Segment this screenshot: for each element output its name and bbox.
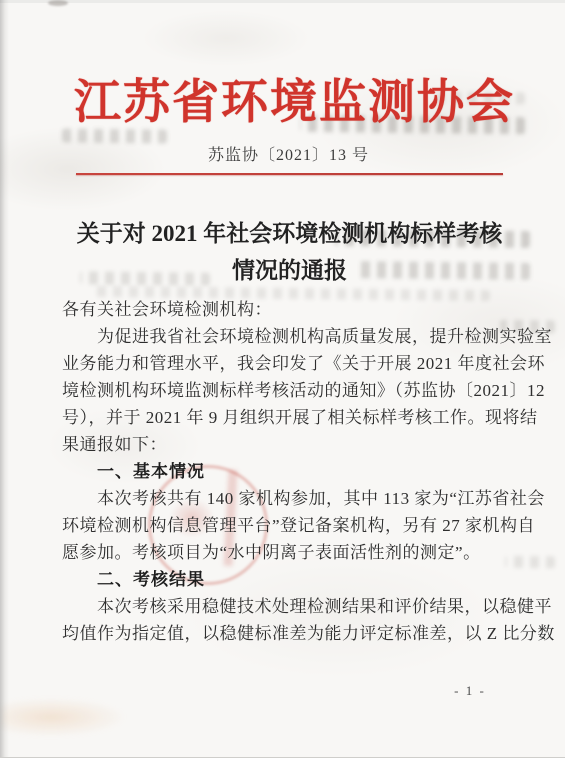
document-title: 关于对 2021 年社会环境检测机构标样考核情况的通报 bbox=[0, 215, 565, 289]
document-title-line2: 情况的通报 bbox=[232, 258, 347, 283]
page-number: - 1 - bbox=[430, 683, 510, 699]
body-line: 果通报如下： bbox=[62, 431, 504, 458]
scan-warm-corner bbox=[0, 698, 170, 746]
organization-name: 江苏省环境监测协会 bbox=[0, 65, 565, 132]
body-line: 为促进我省社会环境检测机构高质量发展，提升检测实验室 bbox=[62, 323, 504, 350]
scan-bottom-margin bbox=[0, 758, 565, 769]
scanned-document-page: 江苏省环境监测协会 苏监协〔2021〕13 号 关于对 2021 年社会环境检测… bbox=[0, 0, 565, 769]
body-line: 境检测机构环境监测标样考核活动的通知》（苏监协〔2021〕12 bbox=[62, 377, 504, 404]
body-line: 二、考核结果 bbox=[62, 566, 504, 593]
scan-left-edge-shadow bbox=[0, 0, 9, 758]
ink-bleed-smudge bbox=[505, 556, 555, 569]
body-line: 各有关社会环境检测机构： bbox=[62, 296, 504, 323]
body-line: 本次考核采用稳健技术处理检测结果和评价结果，以稳健平 bbox=[62, 593, 504, 620]
body-line: 本次考核共有 140 家机构参加，其中 113 家为“江苏省社会 bbox=[62, 485, 504, 512]
document-title-line1: 关于对 2021 年社会环境检测机构标样考核 bbox=[77, 221, 503, 246]
document-number: 苏监协〔2021〕13 号 bbox=[0, 142, 565, 165]
document-body: 各有关社会环境检测机构：为促进我省社会环境检测机构高质量发展，提升检测实验室业务… bbox=[62, 296, 504, 647]
body-line: 业务能力和管理水平，我会印发了《关于开展 2021 年度社会环 bbox=[62, 350, 504, 377]
body-line: 号），并于 2021 年 9 月组织开展了相关标样考核工作。现将结 bbox=[62, 404, 504, 431]
letterhead-red-rule bbox=[76, 173, 503, 175]
body-line: 环境检测机构信息管理平台”登记备案机构，另有 27 家机构自 bbox=[62, 512, 504, 539]
scan-top-edge bbox=[0, 0, 565, 3]
body-line: 一、基本情况 bbox=[62, 458, 504, 485]
body-line: 愿参加。考核项目为“水中阴离子表面活性剂的测定”。 bbox=[62, 539, 504, 566]
scan-speck bbox=[48, 0, 68, 6]
body-line: 均值作为指定值，以稳健标准差为能力评定标准差，以 Z 比分数 bbox=[62, 620, 504, 647]
